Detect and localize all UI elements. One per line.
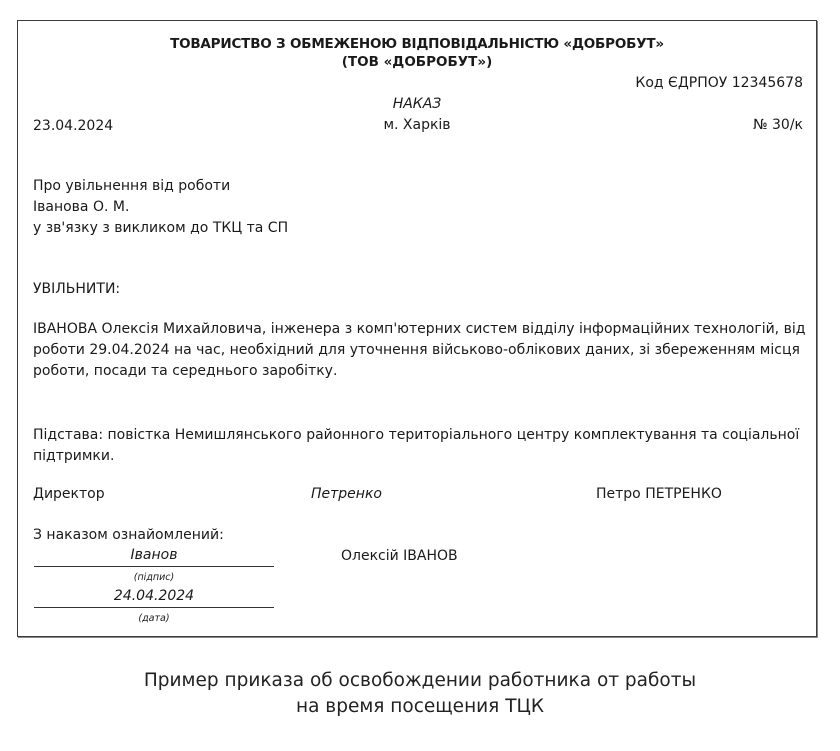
- subject-line: Іванова О. М.: [33, 197, 288, 218]
- subject-line: у зв'язку з викликом до ТКЦ та СП: [33, 218, 288, 239]
- figure-caption: Пример приказа об освобождении работника…: [0, 668, 840, 720]
- organization-short-name: (ТОВ «ДОБРОБУТ»): [18, 53, 816, 71]
- subject-line: Про увільнення від роботи: [33, 176, 288, 197]
- date-underline: [34, 607, 274, 608]
- organization-full-name: ТОВАРИСТВО З ОБМЕЖЕНОЮ ВІДПОВІДАЛЬНІСТЮ …: [18, 35, 816, 53]
- caption-line: на время посещения ТЦК: [0, 694, 840, 720]
- order-number: № 30/к: [753, 117, 803, 133]
- acknowledgement-signature: Іванов: [34, 547, 274, 563]
- order-city: м. Харків: [18, 117, 816, 133]
- director-label: Директор: [33, 486, 105, 502]
- dismiss-heading: УВІЛЬНИТИ:: [33, 281, 120, 297]
- acknowledgement-label: З наказом ознайомлений:: [33, 527, 224, 543]
- order-body-paragraph: ІВАНОВА Олексія Михайловича, інженера з …: [33, 319, 808, 382]
- date-caption: (дата): [34, 613, 274, 624]
- acknowledgement-name: Олексій ІВАНОВ: [341, 548, 458, 564]
- order-document: ТОВАРИСТВО З ОБМЕЖЕНОЮ ВІДПОВІДАЛЬНІСТЮ …: [17, 20, 817, 637]
- edrpou-code: Код ЄДРПОУ 12345678: [635, 75, 803, 91]
- signature-underline: [34, 566, 274, 567]
- director-name: Петро ПЕТРЕНКО: [596, 486, 722, 502]
- signature-caption: (підпис): [34, 572, 274, 583]
- order-subject: Про увільнення від роботи Іванова О. М. …: [33, 176, 288, 239]
- acknowledgement-date: 24.04.2024: [34, 588, 274, 604]
- director-signature: Петренко: [311, 486, 382, 502]
- caption-line: Пример приказа об освобождении работника…: [0, 668, 840, 694]
- order-basis: Підстава: повістка Немишлянського районн…: [33, 425, 808, 467]
- order-title: НАКАЗ: [18, 96, 816, 112]
